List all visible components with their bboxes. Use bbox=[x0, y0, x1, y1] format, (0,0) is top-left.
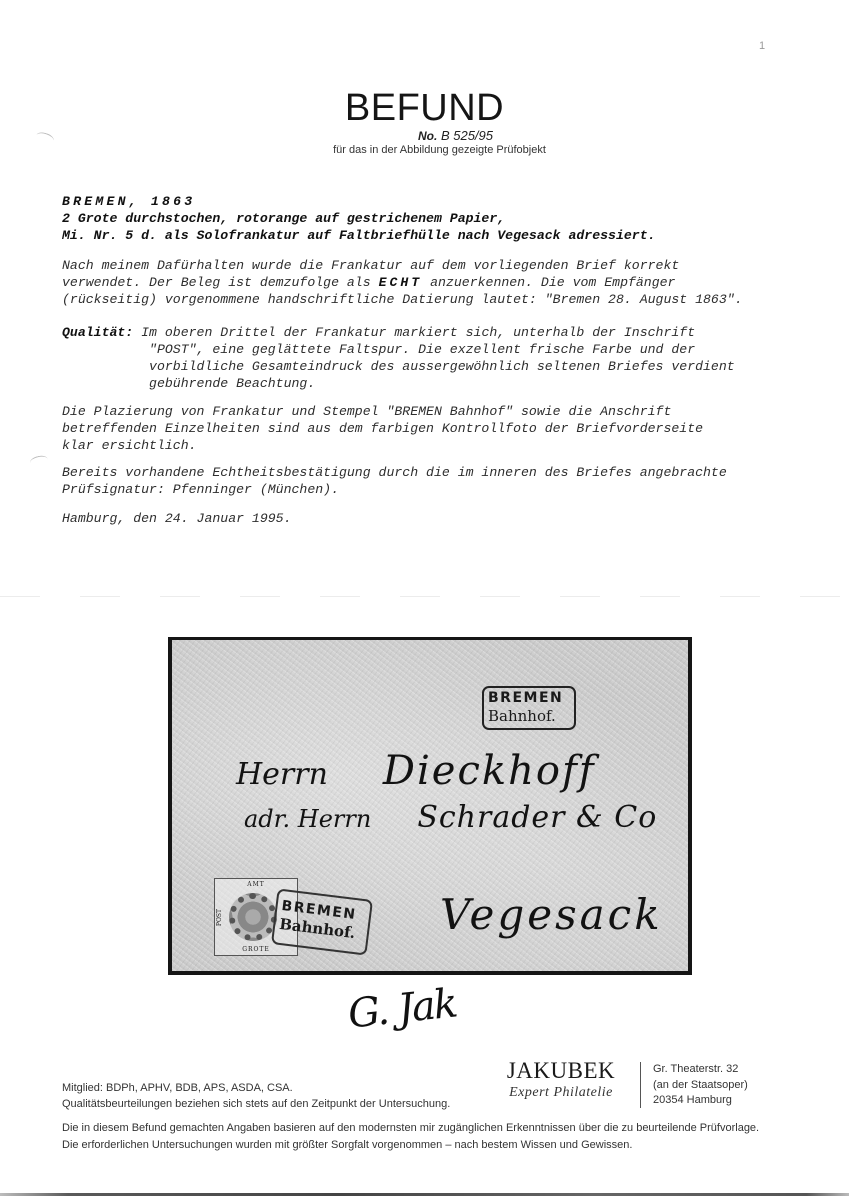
punch-mark bbox=[29, 454, 49, 468]
number-label: No. bbox=[418, 129, 437, 143]
scan-divider bbox=[0, 596, 849, 597]
number-value: B 525/95 bbox=[441, 128, 493, 143]
business-address: Gr. Theaterstr. 32 (an der Staatsoper) 2… bbox=[653, 1062, 748, 1109]
stamp-seal-icon bbox=[229, 893, 277, 941]
opinion-text: verwendet. Der Beleg ist demzufolge als bbox=[62, 275, 379, 290]
scan-edge-rule bbox=[0, 1193, 849, 1196]
placement-line: klar ersichtlich. bbox=[62, 438, 812, 455]
membership-text: Mitglied: BDPh, APHV, BDB, APS, ASDA, CS… bbox=[62, 1080, 450, 1096]
stamp-text: POST bbox=[216, 909, 223, 926]
item-heading: BREMEN, 1863 bbox=[62, 194, 812, 211]
quality-text: Im oberen Drittel der Frankatur markiert… bbox=[133, 325, 695, 340]
brand-tagline: Expert Philatelie bbox=[494, 1084, 628, 1102]
place-date: Hamburg, den 24. Januar 1995. bbox=[62, 511, 812, 528]
prior-certificate-line: Prüfsignatur: Pfenninger (München). bbox=[62, 482, 812, 499]
opinion-line: Nach meinem Dafürhalten wurde die Franka… bbox=[62, 258, 812, 275]
cancel-line: BREMEN bbox=[488, 689, 570, 707]
stamp-text: GROTE bbox=[215, 946, 297, 953]
verdict-echt: ECHT bbox=[379, 275, 423, 290]
expert-signature: G. Jak bbox=[346, 980, 458, 1037]
document-title: BEFUND bbox=[0, 88, 849, 128]
opinion-text: anzuerkennen. Die vom Empfänger bbox=[422, 275, 675, 290]
footer-divider bbox=[640, 1062, 641, 1108]
item-description-line: 2 Grote durchstochen, rotorange auf gest… bbox=[62, 211, 812, 228]
disclaimer-line: Die in diesem Befund gemachten Angaben b… bbox=[62, 1120, 759, 1137]
address-line: HerrnDieckhoff bbox=[236, 748, 596, 794]
quality-line: vorbildliche Gesamteindruck des ausserge… bbox=[62, 359, 812, 376]
brand-logo: JAKUBEK Expert Philatelie bbox=[494, 1058, 628, 1102]
brand-name: JAKUBEK bbox=[494, 1058, 628, 1084]
address-street: Gr. Theaterstr. 32 bbox=[653, 1062, 748, 1078]
address-line: adr. HerrnSchrader & Co bbox=[244, 800, 657, 835]
address-city: 20354 Hamburg bbox=[653, 1093, 748, 1109]
placement-line: betreffenden Einzelheiten sind aus dem f… bbox=[62, 421, 812, 438]
document-header: BEFUND No. B 525/95 für das in der Abbil… bbox=[0, 88, 849, 156]
quality-note: Qualitätsbeurteilungen beziehen sich ste… bbox=[62, 1096, 450, 1112]
bremen-bahnhof-cancel: BREMEN Bahnhof. bbox=[482, 686, 576, 730]
footer-membership: Mitglied: BDPh, APHV, BDB, APS, ASDA, CS… bbox=[62, 1080, 450, 1112]
cancel-line: Bahnhof. bbox=[488, 707, 570, 725]
certificate-number: No. B 525/95 bbox=[0, 128, 849, 143]
placement-line: Die Plazierung von Frankatur und Stempel… bbox=[62, 404, 812, 421]
quality-line: Qualität: Im oberen Drittel der Frankatu… bbox=[62, 325, 812, 342]
address-name: Dieckhoff bbox=[383, 748, 596, 794]
opinion-line: verwendet. Der Beleg ist demzufolge als … bbox=[62, 275, 812, 292]
disclaimer-line: Die erforderlichen Untersuchungen wurden… bbox=[62, 1137, 759, 1154]
stamp-text: AMT bbox=[215, 881, 297, 888]
opinion-line: (rückseitig) vorgenommene handschriftlic… bbox=[62, 292, 812, 309]
quality-line: gebührende Beachtung. bbox=[62, 376, 812, 393]
address-city: Vegesack bbox=[440, 890, 663, 939]
quality-label: Qualität: bbox=[62, 325, 133, 340]
disclaimer: Die in diesem Befund gemachten Angaben b… bbox=[62, 1120, 759, 1154]
address-note: (an der Staatsoper) bbox=[653, 1078, 748, 1094]
envelope-photo: BREMEN Bahnhof. HerrnDieckhoff adr. Herr… bbox=[168, 637, 692, 975]
prior-certificate-line: Bereits vorhandene Echtheitsbestätigung … bbox=[62, 465, 812, 482]
address-firm: Schrader & Co bbox=[417, 800, 657, 835]
item-description-line: Mi. Nr. 5 d. als Solofrankatur auf Faltb… bbox=[62, 228, 812, 245]
document-subtitle: für das in der Abbildung gezeigte Prüfob… bbox=[0, 144, 849, 156]
page-mark: 1 bbox=[759, 40, 765, 52]
quality-line: "POST", eine geglättete Faltspur. Die ex… bbox=[62, 342, 812, 359]
address-salutation: Herrn bbox=[236, 757, 328, 792]
address-prefix: adr. Herrn bbox=[244, 805, 371, 833]
bremen-bahnhof-cancel-on-stamp: BREMEN Bahnhof. bbox=[271, 888, 373, 955]
